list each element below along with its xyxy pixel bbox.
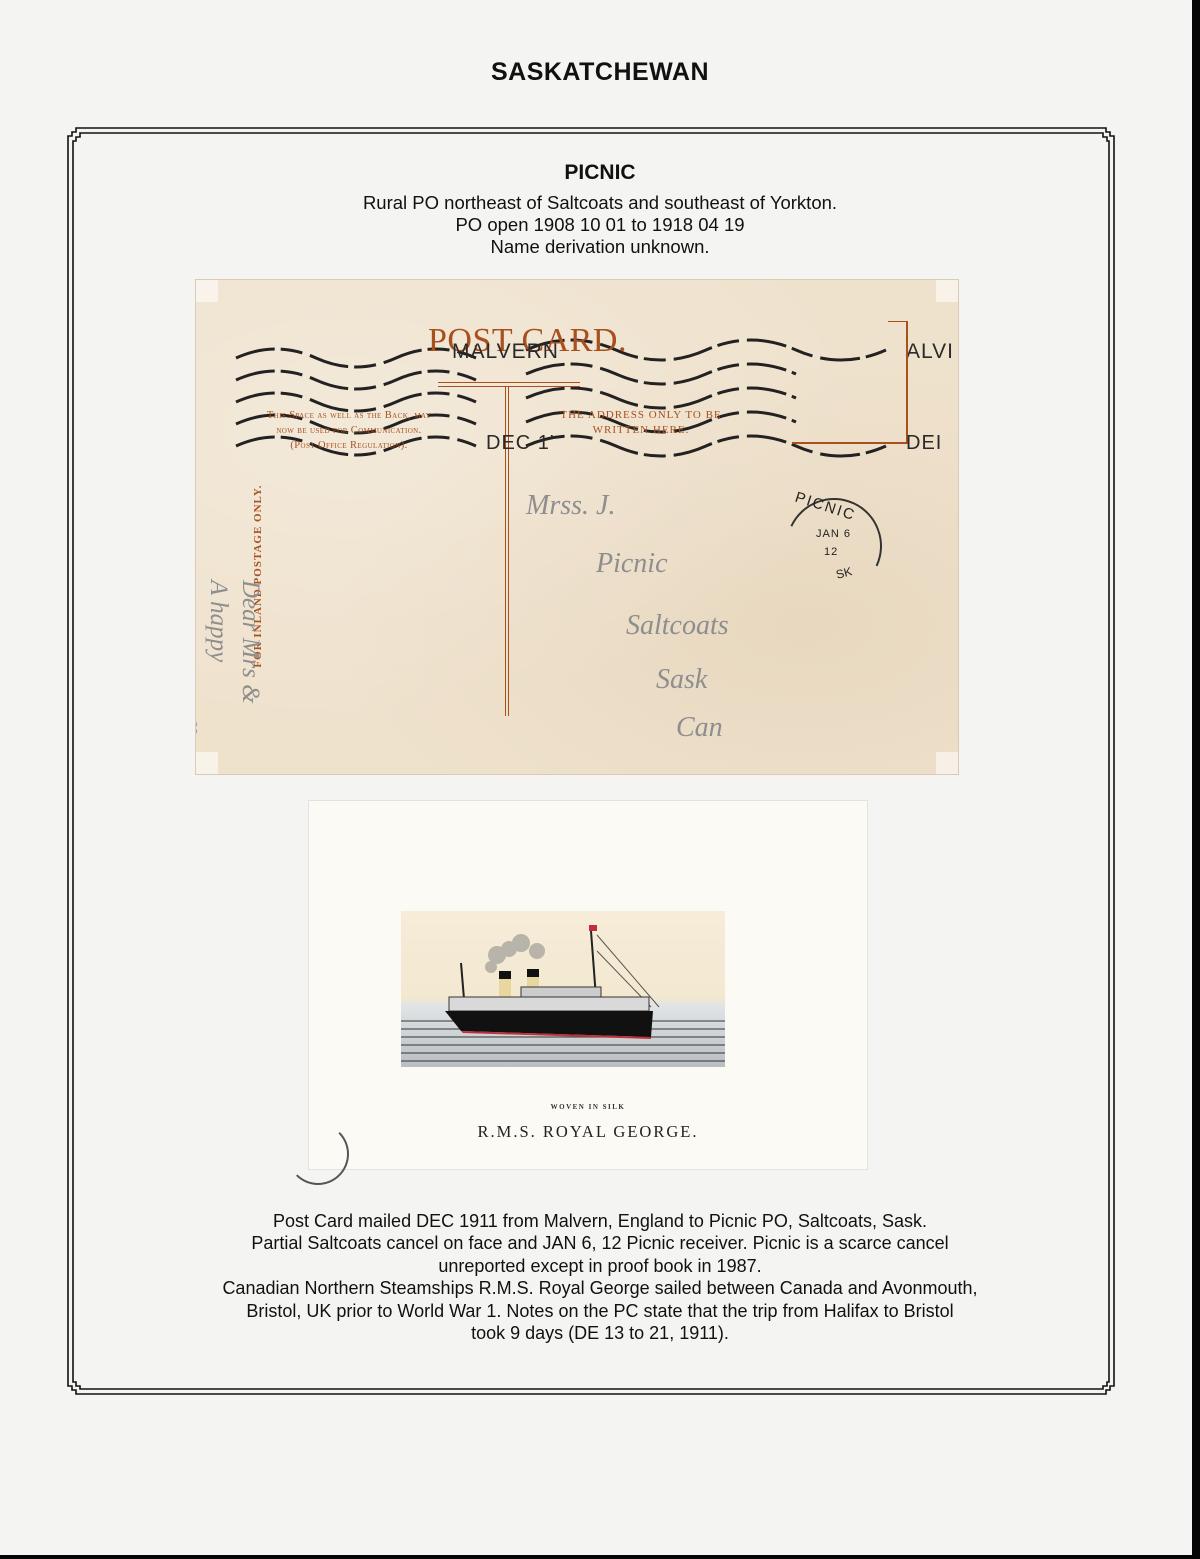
note-line: WRITTEN HERE. (526, 423, 756, 438)
intro-line: Name derivation unknown. (0, 236, 1200, 258)
machine-cancel-date: DEC 1' (486, 432, 555, 455)
intro-line: Rural PO northeast of Saltcoats and sout… (0, 192, 1200, 214)
description-line: took 9 days (DE 13 to 21, 1911). (0, 1322, 1200, 1344)
silk-label: WOVEN IN SILK (309, 1103, 867, 1111)
address-line: Saltcoats (626, 610, 729, 642)
receiver-postmark-date: JAN 6 12 (816, 528, 851, 558)
message-line: A happy (202, 580, 234, 774)
partial-saltcoats-cancel (287, 1123, 349, 1185)
note-line: This Space as well as the Back, may (214, 408, 484, 423)
section-title: PICNIC (0, 161, 1200, 185)
stamp-box (792, 322, 908, 444)
section-intro: Rural PO northeast of Saltcoats and sout… (0, 192, 1200, 258)
address-line: Sask (656, 664, 707, 696)
address-note: THE ADDRESS ONLY TO BE WRITTEN HERE. (526, 408, 756, 438)
note-line: THE ADDRESS ONLY TO BE (526, 408, 756, 423)
intro-line: PO open 1908 10 01 to 1918 04 19 (0, 214, 1200, 236)
handwritten-message: Dear Mrs & A happy New year. We'll now j… (196, 580, 266, 774)
note-line: now be used for Communication. (214, 423, 484, 438)
scan-edge-bottom (0, 1555, 1200, 1559)
description-line: unreported except in proof book in 1987. (0, 1255, 1200, 1277)
address-line: Picnic (596, 548, 668, 580)
silk-postcard-front: WOVEN IN SILK R.M.S. ROYAL GEORGE. (309, 801, 867, 1169)
postmark-date-text: JAN 6 (816, 528, 851, 540)
machine-cancel-town-partial: ALVI (906, 340, 954, 364)
ship-illustration (401, 911, 725, 1067)
ship-name: R.M.S. ROYAL GEORGE. (309, 1122, 867, 1142)
description-line: Canadian Northern Steamships R.M.S. Roya… (0, 1277, 1200, 1299)
address-line: Can (676, 712, 723, 744)
address-line: Mrss. J. (526, 490, 615, 522)
postcard-back: POST CARD. MALVERN ALVI This Space as we… (196, 280, 958, 774)
description-line: Bristol, UK prior to World War 1. Notes … (0, 1300, 1200, 1322)
page-heading: SASKATCHEWAN (0, 58, 1200, 87)
postmark-year-text: 12 (824, 546, 851, 558)
description-line: Partial Saltcoats cancel on face and JAN… (0, 1232, 1200, 1254)
divider-line (438, 382, 580, 383)
description-line: Post Card mailed DEC 1911 from Malvern, … (0, 1210, 1200, 1232)
message-line: Dear Mrs & (234, 580, 266, 774)
divider-line (438, 386, 580, 387)
message-line: New year. We'll (196, 580, 202, 774)
machine-cancel-date-partial: DEI (906, 432, 942, 455)
exhibit-description: Post Card mailed DEC 1911 from Malvern, … (0, 1210, 1200, 1344)
machine-cancel-town: MALVERN (452, 340, 559, 364)
ship-image (401, 911, 725, 1067)
